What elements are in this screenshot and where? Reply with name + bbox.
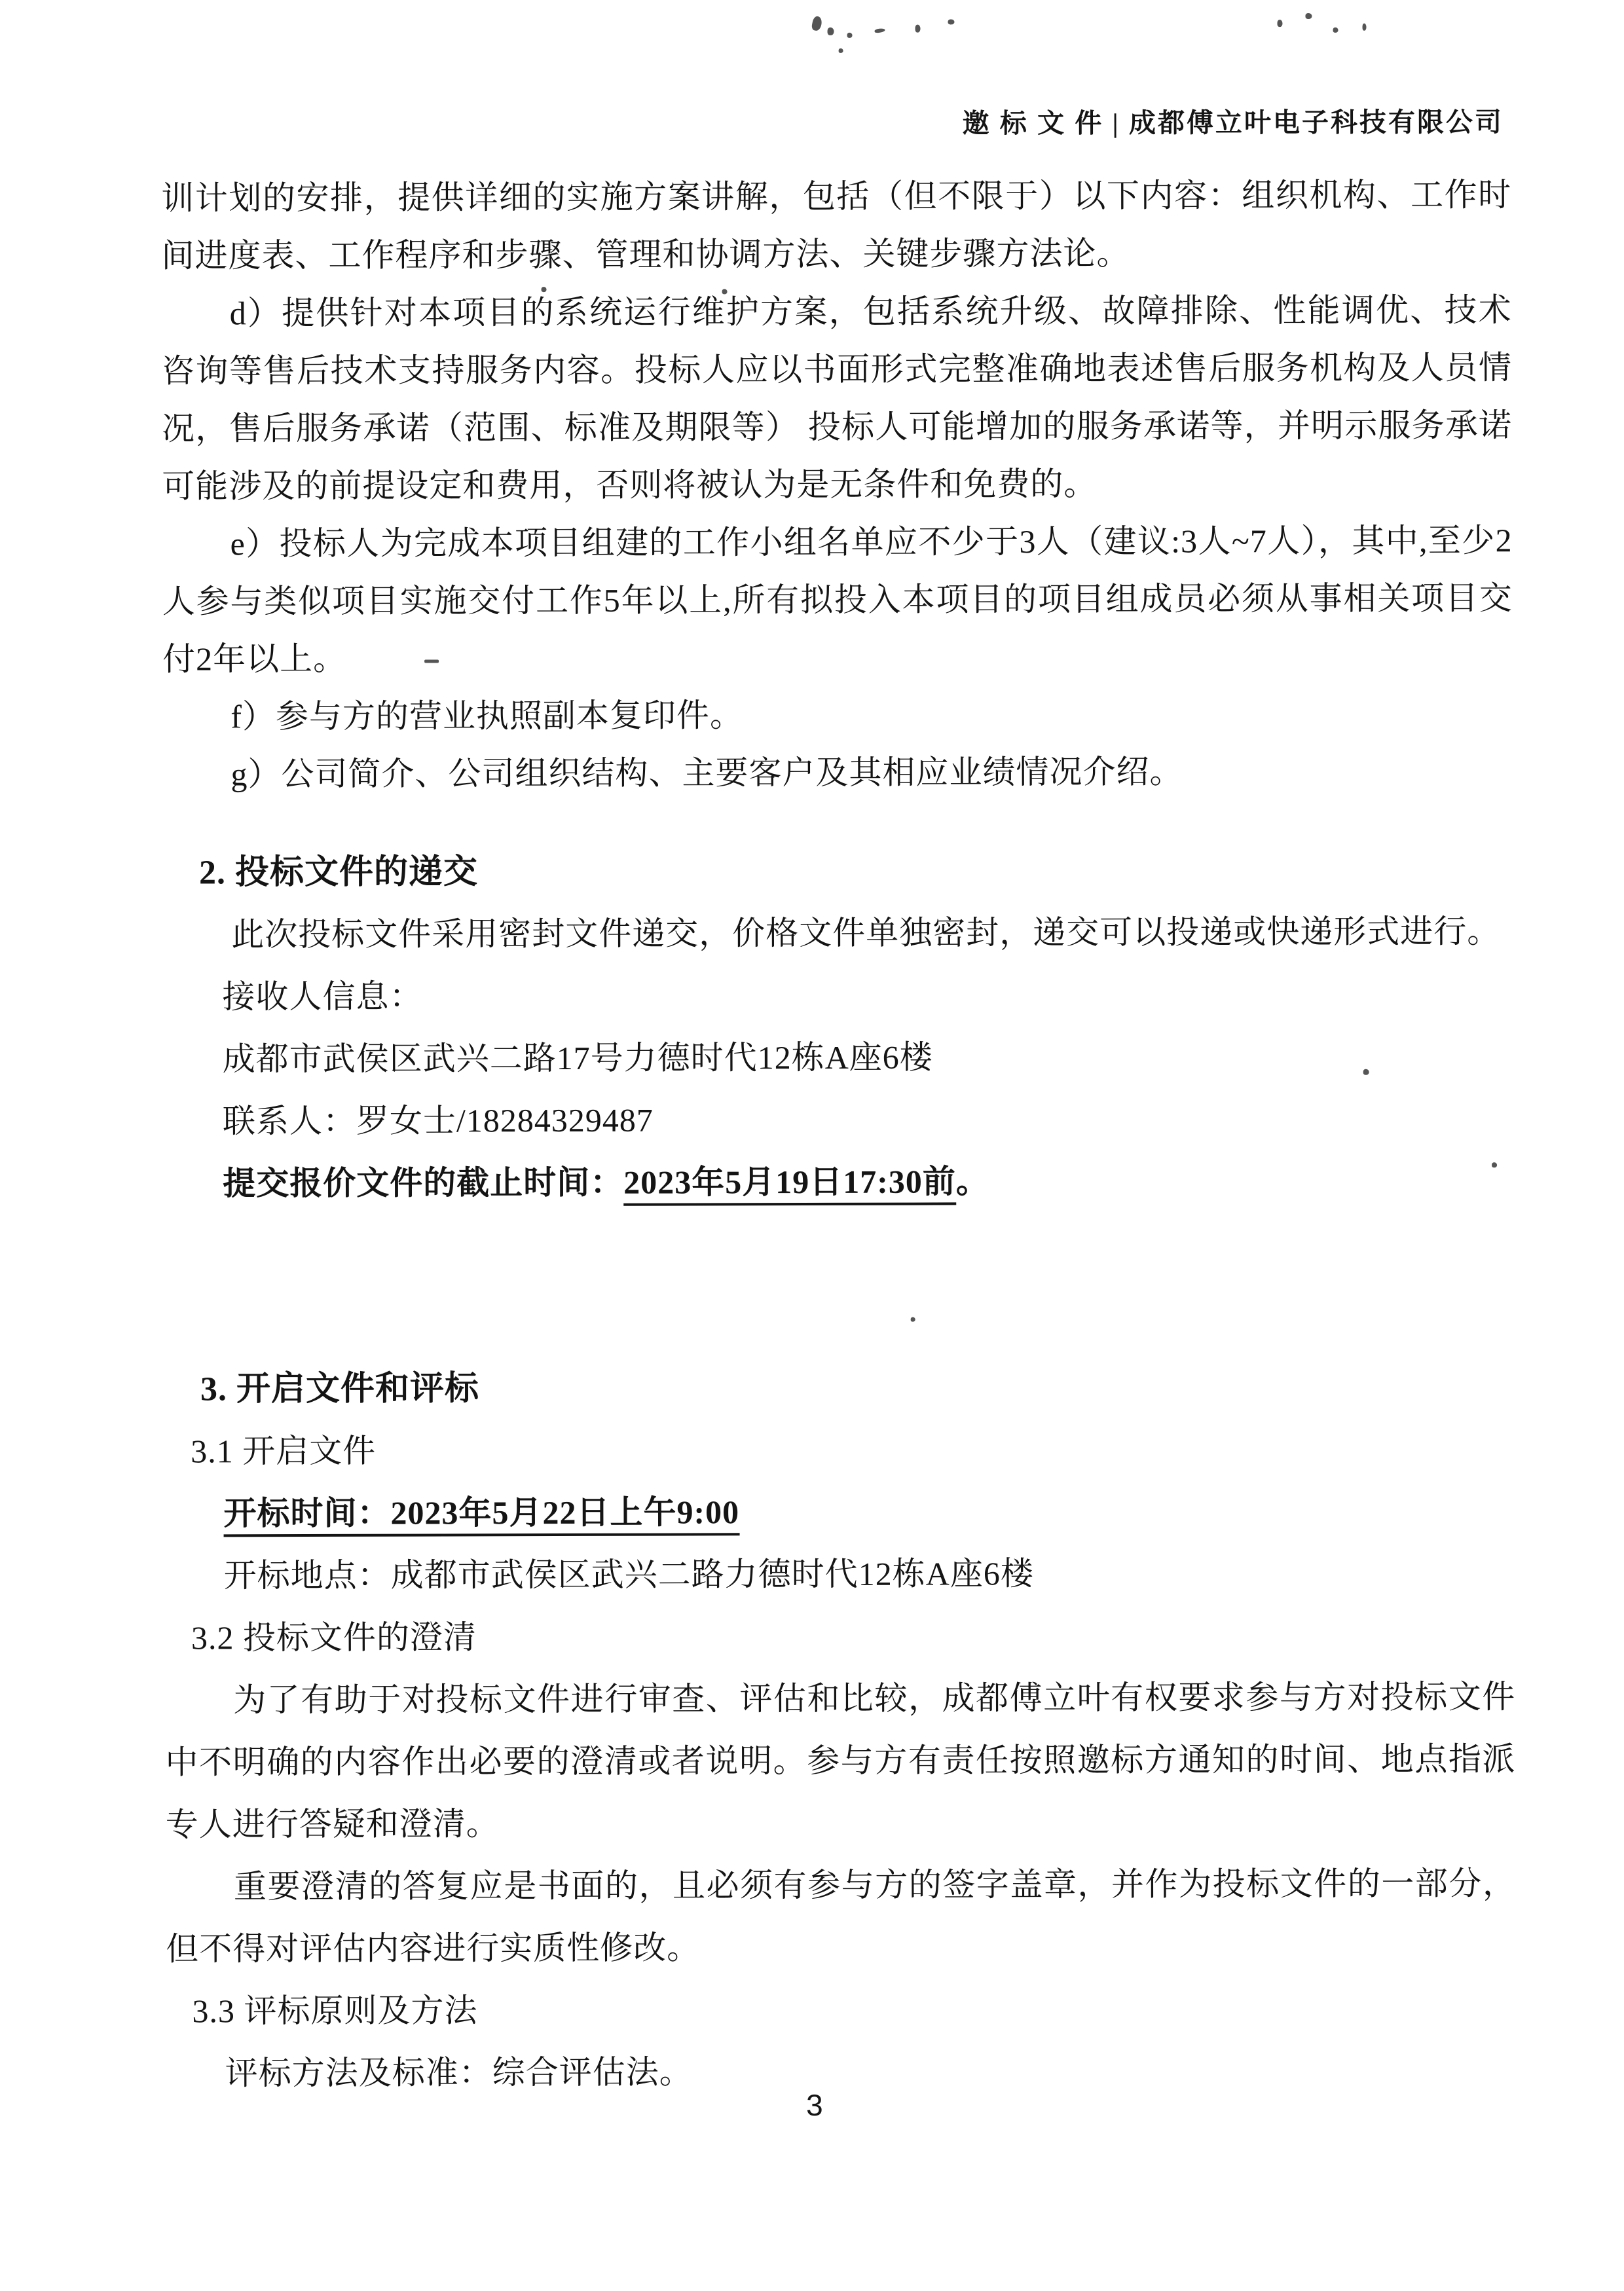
page-header: 邀 标 文 件 | 成都傅立叶电子科技有限公司 — [963, 100, 1504, 140]
recipient-info-label: 接收人信息： — [222, 962, 1513, 1028]
scan-artifact — [811, 16, 822, 31]
scan-artifact — [847, 33, 853, 38]
section-3-heading: 3. 开启文件和评标 — [200, 1355, 1515, 1420]
deadline-value: 2023年5月19日17:30前 — [623, 1163, 956, 1205]
scan-artifact — [1305, 13, 1312, 19]
section-2-submission: 2. 投标文件的递交 此次投标文件采用密封文件递交，价格文件单独密封，递交可以投… — [163, 838, 1514, 1215]
list-item-e: e）投标人为完成本项目组建的工作小组名单应不少于3人（建议:3人~7人），其中,… — [162, 511, 1513, 687]
scan-artifact — [874, 28, 885, 33]
clarification-paragraph-2: 重要澄清的答复应是书面的，且必须有参与方的签字盖章，并作为投标文件的一部分，但不… — [166, 1852, 1516, 1980]
subsection-3-3-heading: 3.3 评标原则及方法 — [192, 1977, 1516, 2042]
document-page: 邀 标 文 件 | 成都傅立叶电子科技有限公司 训计划的安排，提供详细的实施方案… — [0, 0, 1624, 2291]
page-footer: 3 — [3, 2085, 1624, 2125]
bid-opening-place: 开标地点：成都市武侯区武兴二路力德时代12栋A座6楼 — [224, 1541, 1515, 1607]
list-item-g: g）公司简介、公司组织结构、主要客户及其相应业绩情况介绍。 — [162, 742, 1513, 803]
scan-artifact — [839, 48, 843, 53]
scan-artifact — [828, 27, 834, 35]
contact-person: 联系人：罗女士/18284329487 — [223, 1087, 1514, 1152]
subsection-3-1-heading: 3.1 开启文件 — [191, 1417, 1515, 1482]
scan-artifact — [1333, 27, 1338, 33]
deadline-label: 提交报价文件的截止时间： — [223, 1164, 623, 1202]
list-item-f: f）参与方的营业执照副本复印件。 — [162, 684, 1513, 745]
scan-artifact — [915, 25, 921, 33]
requirements-block: 训计划的安排，提供详细的实施方案讲解，包括（但不限于）以下内容：组织机构、工作时… — [161, 166, 1513, 803]
paragraph-continuation: 训计划的安排，提供详细的实施方案讲解，包括（但不限于）以下内容：组织机构、工作时… — [161, 166, 1511, 284]
list-item-d: d）提供针对本项目的系统运行维护方案，包括系统升级、故障排除、性能调优、技术咨询… — [162, 281, 1513, 515]
deadline-period: 。 — [956, 1163, 989, 1200]
section-2-paragraph: 此次投标文件采用密封文件递交，价格文件单独密封，递交可以投递或快递形式进行。 — [163, 900, 1513, 966]
scan-artifact — [1278, 20, 1283, 27]
section-2-heading: 2. 投标文件的递交 — [199, 838, 1513, 904]
recipient-address: 成都市武侯区武兴二路17号力德时代12栋A座6楼 — [223, 1025, 1514, 1090]
page-number: 3 — [806, 2088, 823, 2122]
bid-opening-time: 开标时间：2023年5月22日上午9:00 — [223, 1494, 739, 1537]
scan-artifact — [1363, 24, 1367, 31]
scan-artifact — [948, 19, 955, 24]
clarification-paragraph-1: 为了有助于对投标文件进行审查、评估和比较，成都傅立叶有权要求参与方对投标文件中不… — [165, 1666, 1516, 1856]
bid-opening-time-line: 开标时间：2023年5月22日上午9:00 — [223, 1479, 1515, 1545]
deadline-line: 提交报价文件的截止时间：2023年5月19日17:30前。 — [223, 1149, 1514, 1215]
section-3-opening-evaluation: 3. 开启文件和评标 3.1 开启文件 开标时间：2023年5月22日上午9:0… — [164, 1355, 1517, 2104]
scan-artifact — [911, 1317, 915, 1322]
subsection-3-2-heading: 3.2 投标文件的澄清 — [191, 1604, 1515, 1669]
header-title: 邀 标 文 件 | 成都傅立叶电子科技有限公司 — [963, 107, 1504, 138]
